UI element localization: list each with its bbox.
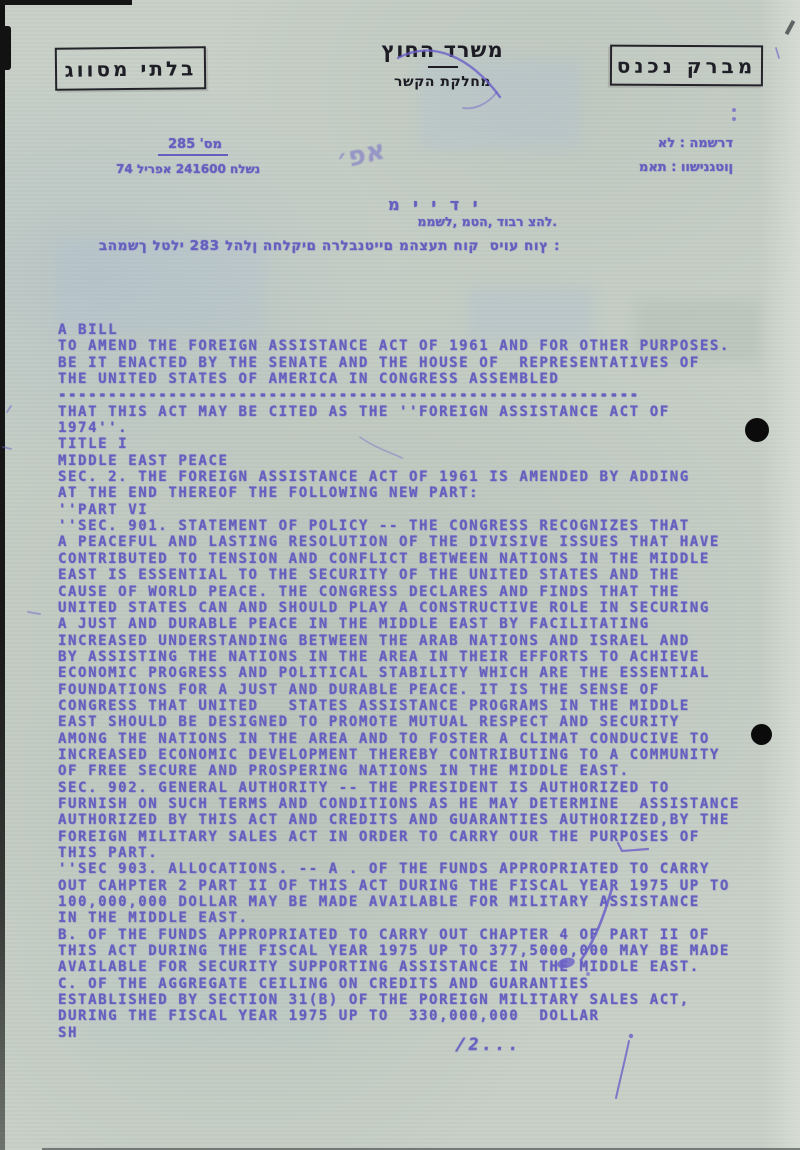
stamp-unclassified: בלתי מסווג [55, 46, 206, 91]
body-line: ESTABLISHED BY SECTION 31(B) OF THE PORE… [58, 992, 740, 1008]
reference-line: בהמשך לטלי 283 להלן החלקים הרלבנטיים מהצ… [99, 238, 560, 254]
letterhead: משרד החוץ מחלקת הקשר [330, 38, 555, 90]
body-line: FURNISH ON SUCH TERMS AND CONDITIONS AS … [58, 796, 740, 812]
body-line: TO AMEND THE FOREIGN ASSISTANCE ACT OF 1… [58, 338, 740, 354]
body-line: EAST SHOULD BE DESIGNED TO PROMOTE MUTUA… [58, 714, 740, 730]
body-line: CONTRIBUTED TO TENSION AND CONFLICT BETW… [58, 551, 740, 567]
scan-light-edge [762, 0, 800, 1150]
body-line: A JUST AND DURABLE PEACE IN THE MIDDLE E… [58, 616, 740, 632]
telegram-number: מס' 285 [158, 137, 228, 156]
handwritten-initials: אפ׳ [335, 134, 387, 177]
body-line: OF FREE SECURE AND PROSPERING NATIONS IN… [58, 763, 740, 779]
distribution-line: ממשל, מטה, דובר צהל. [417, 214, 557, 229]
typed-rule: ----------------------------------------… [58, 383, 740, 408]
body-line: THIS ACT DURING THE FISCAL YEAR 1975 UP … [58, 943, 740, 959]
body-line: AVAILABLE FOR SECURITY SUPPORTING ASSIST… [58, 959, 740, 975]
body-line: UNITED STATES CAN AND SHOULD PLAY A CONS… [58, 600, 740, 616]
scan-edge-top [0, 0, 132, 5]
margin-pen-ticks [3, 406, 40, 614]
body-line: BE IT ENACTED BY THE SENATE AND THE HOUS… [58, 355, 740, 371]
body-line: ECONOMIC PROGRESS AND POLITICAL STABILIT… [58, 665, 740, 681]
body-line: OUT CAHPTER 2 PART II OF THIS ACT DURING… [58, 878, 740, 894]
department-title: מחלקת הקשר [330, 74, 555, 90]
body-line: ''PART VI [58, 502, 740, 518]
body-line: A PEACEFUL AND LASTING RESOLUTION OF THE… [58, 534, 740, 550]
body-line: SEC. 902. GENERAL AUTHORITY -- THE PRESI… [58, 780, 740, 796]
to-line: אל : המשרד [658, 136, 733, 151]
ink-colon-mark [732, 108, 736, 112]
body-line: SH [58, 1025, 740, 1041]
scan-corner-blob [0, 26, 11, 70]
body-line: A BILL [58, 322, 740, 338]
body-line: IN THE MIDDLE EAST. [58, 910, 740, 926]
letterhead-divider [428, 66, 458, 68]
ink-colon-mark [732, 117, 736, 121]
bill-text-body: A BILLTO AMEND THE FOREIGN ASSISTANCE AC… [58, 322, 740, 1041]
hole-punch-bottom [751, 724, 772, 745]
body-line: INCREASED ECONOMIC DEVELOPMENT THEREBY C… [58, 747, 740, 763]
body-line: THIS PART. [58, 845, 740, 861]
body-line: B. OF THE FUNDS APPROPRIATED TO CARRY OU… [58, 927, 740, 943]
body-line: DURING THE FISCAL YEAR 1975 UP TO 330,00… [58, 1008, 740, 1024]
body-line: ''SEC. 901. STATEMENT OF POLICY -- THE C… [58, 518, 740, 534]
body-line: FOUNDATIONS FOR A JUST AND DURABLE PEACE… [58, 682, 740, 698]
pen-stroke-letterhead-tail [463, 92, 497, 108]
body-line: 1974''. [58, 420, 740, 436]
body-line: CONGRESS THAT UNITED STATES ASSISTANCE P… [58, 698, 740, 714]
body-line: 100,000,000 DOLLAR MAY BE MADE AVAILABLE… [58, 894, 740, 910]
stamp-incoming-label: מברק נכנס [617, 53, 757, 78]
body-line: MIDDLE EAST PEACE [58, 453, 740, 469]
body-line: TITLE I [58, 436, 740, 452]
body-line: EAST IS ESSENTIAL TO THE SECURITY OF THE… [58, 567, 740, 583]
body-line: ''SEC 903. ALLOCATIONS. -- A . OF THE FU… [58, 861, 740, 877]
scan-mark-top-right [785, 20, 796, 35]
body-line: C. OF THE AGGREGATE CEILING ON CREDITS A… [58, 976, 740, 992]
pen-tick-top-right [776, 48, 779, 58]
ministry-title: משרד החוץ [330, 38, 555, 62]
sent-timestamp: נשלח 241600 אפריל 74 [116, 162, 260, 176]
body-line: SEC. 2. THE FOREIGN ASSISTANCE ACT OF 19… [58, 469, 740, 485]
body-line: CAUSE OF WORLD PEACE. THE CONGRESS DECLA… [58, 584, 740, 600]
next-page-marker: /2... [454, 1035, 523, 1055]
pen-stroke-footer [616, 1041, 629, 1098]
stamp-unclassified-label: בלתי מסווג [65, 56, 197, 81]
from-line: מאת : וושינגטון [639, 160, 733, 175]
body-line: AUTHORIZED BY THIS ACT AND CREDITS AND G… [58, 812, 740, 828]
priority-immediate: מ י י ד י [388, 195, 481, 214]
stamp-incoming-telegram: מברק נכנס [610, 45, 763, 87]
hole-punch-top [745, 418, 769, 442]
body-line: AT THE END THEREOF THE FOLLOWING NEW PAR… [58, 485, 740, 501]
scan-edge-left [0, 0, 5, 1150]
body-line: INCREASED UNDERSTANDING BETWEEN THE ARAB… [58, 633, 740, 649]
scanned-telegram-page: בלתי מסווג מברק נכנס משרד החוץ מחלקת הקש… [0, 0, 800, 1150]
body-line: FOREIGN MILITARY SALES ACT IN ORDER TO C… [58, 829, 740, 845]
body-line: BY ASSISTING THE NATIONS IN THE AREA IN … [58, 649, 740, 665]
body-line: AMONG THE NATIONS IN THE AREA AND TO FOS… [58, 731, 740, 747]
